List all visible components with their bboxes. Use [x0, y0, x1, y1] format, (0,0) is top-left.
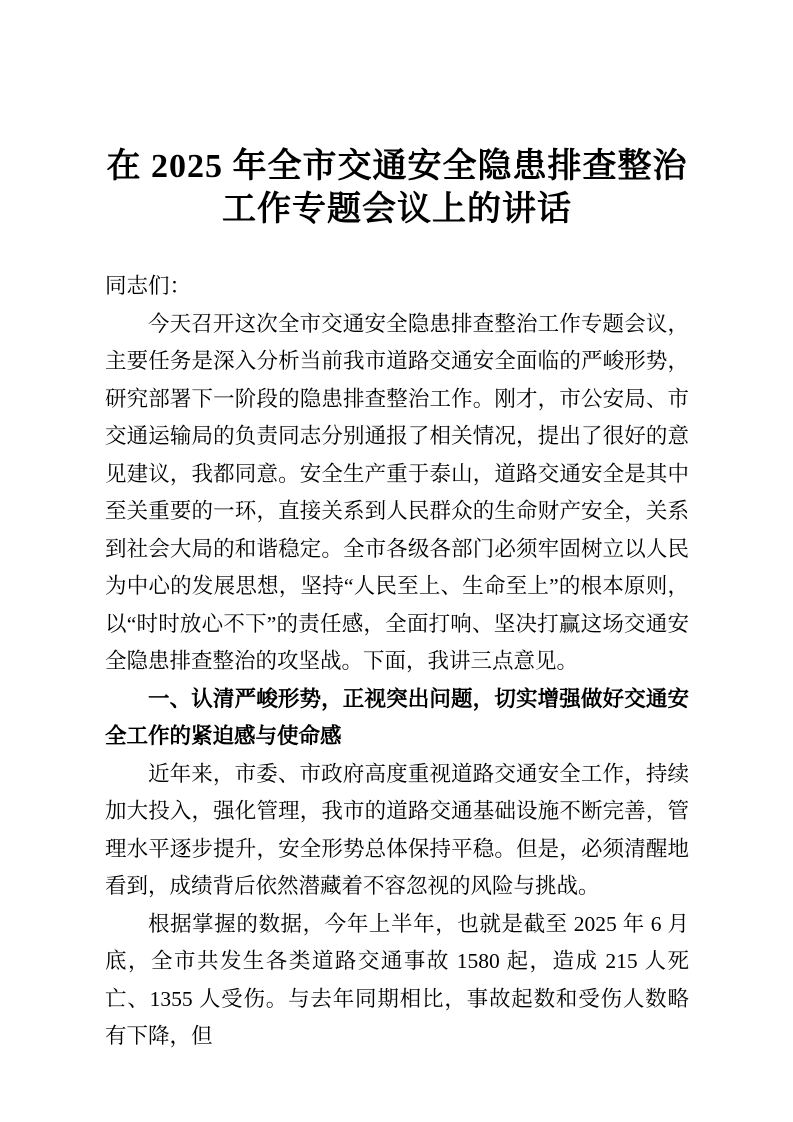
document-title: 在 2025 年全市交通安全隐患排查整治工作专题会议上的讲话 — [105, 145, 689, 231]
document-title-line-2: 工作专题会议上的讲话 — [222, 191, 572, 228]
paragraph-opening: 今天召开这次全市交通安全隐患排查整治工作专题会议，主要任务是深入分析当前我市道路… — [105, 306, 689, 681]
document-title-line-1: 在 2025 年全市交通安全隐患排查整治 — [107, 148, 688, 185]
document-page: 在 2025 年全市交通安全隐患排查整治工作专题会议上的讲话 同志们： 今天召开… — [0, 0, 793, 1122]
paragraph-statistics: 根据掌握的数据，今年上半年，也就是截至 2025 年 6 月底，全市共发生各类道… — [105, 906, 689, 1056]
paragraph-recent-years: 近年来，市委、市政府高度重视道路交通安全工作，持续加大投入，强化管理，我市的道路… — [105, 756, 689, 906]
section-heading-1: 一、认清严峻形势，正视突出问题，切实增强做好交通安全工作的紧迫感与使命感 — [105, 681, 689, 756]
salutation: 同志们： — [105, 268, 689, 306]
document-body: 同志们： 今天召开这次全市交通安全隐患排查整治工作专题会议，主要任务是深入分析当… — [105, 268, 689, 1056]
